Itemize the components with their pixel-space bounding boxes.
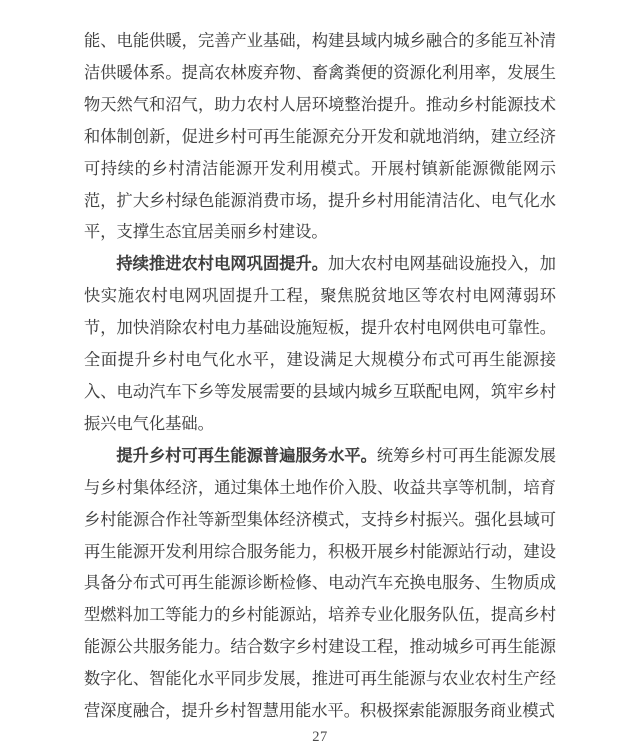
paragraph-lead: 持续推进农村电网巩固提升。 <box>116 255 328 273</box>
paragraph-lead: 提升乡村可再生能源普遍服务水平。 <box>116 447 377 465</box>
paragraph: 提升乡村可再生能源普遍服务水平。统筹乡村可再生能源发展与乡村集体经济，通过集体土… <box>84 441 556 728</box>
paragraph: 能、电能供暖，完善产业基础，构建县域内城乡融合的多能互补清洁供暖体系。提高农林废… <box>84 26 556 249</box>
document-page: 能、电能供暖，完善产业基础，构建县域内城乡融合的多能互补清洁供暖体系。提高农林废… <box>0 0 640 756</box>
paragraph-text: 能、电能供暖，完善产业基础，构建县域内城乡融合的多能互补清洁供暖体系。提高农林废… <box>84 32 556 241</box>
paragraph-text: 统筹乡村可再生能源发展与乡村集体经济，通过集体土地作价入股、收益共享等机制，培育… <box>84 447 556 720</box>
paragraph: 持续推进农村电网巩固提升。加大农村电网基础设施投入，加快实施农村电网巩固提升工程… <box>84 249 556 440</box>
page-number: 27 <box>0 729 640 746</box>
paragraph-text: 加大农村电网基础设施投入，加快实施农村电网巩固提升工程，聚焦脱贫地区等农村电网薄… <box>84 255 556 433</box>
